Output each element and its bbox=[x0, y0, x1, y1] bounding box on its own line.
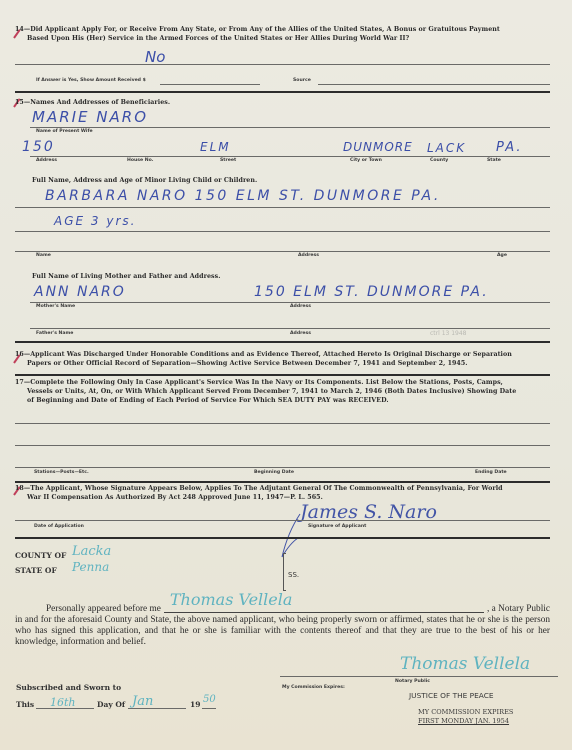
question-number: 14 bbox=[15, 26, 24, 33]
notary-public-label: Notary Public bbox=[395, 679, 430, 684]
question-14: 14—Did Applicant Apply For, or Receive F… bbox=[15, 25, 555, 43]
question-number: 16 bbox=[15, 351, 24, 358]
question-text: —Names And Addresses of Beneficiaries. bbox=[24, 99, 170, 106]
question-16: 16—Applicant Was Discharged Under Honora… bbox=[15, 350, 555, 368]
question-17: 17—Complete the Following Only In Case A… bbox=[15, 378, 555, 405]
county-of-field[interactable]: Lacka bbox=[72, 544, 111, 559]
question-text-line2: Vessels or Units, At, On, or With Which … bbox=[15, 387, 555, 396]
question-number: 18 bbox=[15, 485, 24, 492]
question-text: —The Applicant, Whose Signature Appears … bbox=[24, 485, 503, 492]
source-field[interactable] bbox=[318, 84, 550, 85]
signature-line bbox=[15, 520, 550, 521]
amount-label: If Answer is Yes, Show Amount Received $ bbox=[36, 78, 146, 83]
notary-signature-line bbox=[280, 676, 558, 677]
state-field[interactable]: PA. bbox=[496, 140, 522, 155]
state-label: State bbox=[487, 158, 501, 163]
children-line1-field[interactable]: BARBARA NARO 150 ELM ST. DUNMORE PA. bbox=[45, 188, 441, 204]
children-heading: Full Name, Address and Age of Minor Livi… bbox=[32, 176, 257, 185]
question-text: —Did Applicant Apply For, or Receive Fro… bbox=[24, 26, 500, 33]
ss-label: SS. bbox=[288, 571, 299, 579]
father-name-label: Father's Name bbox=[36, 331, 73, 336]
notary-paragraph: Personally appeared before me Thomas Vel… bbox=[15, 603, 550, 649]
subscribed-label: Subscribed and Sworn to bbox=[16, 683, 121, 692]
question-text-line3: of Beginning and Date of Ending of Each … bbox=[15, 396, 555, 405]
children-line3 bbox=[15, 251, 550, 252]
house-number-field[interactable]: 150 bbox=[22, 139, 55, 155]
section-divider bbox=[15, 537, 550, 539]
this-label: This bbox=[16, 700, 34, 709]
question-18: 18—The Applicant, Whose Signature Appear… bbox=[15, 484, 555, 502]
answer-line bbox=[15, 64, 550, 65]
commission-expires-label: My Commission Expires: bbox=[282, 685, 345, 690]
notary-name-value: Thomas Vellela bbox=[170, 594, 293, 605]
section-divider bbox=[15, 91, 550, 93]
children-line2-field[interactable]: AGE 3 yrs. bbox=[54, 214, 136, 228]
mother-name-field[interactable]: ANN NARO bbox=[34, 284, 126, 300]
section-divider bbox=[15, 374, 550, 376]
question-text-line2: War II Compensation As Authorized By Act… bbox=[15, 493, 555, 502]
wife-name-line bbox=[30, 127, 550, 128]
children-name-label: Name bbox=[36, 253, 51, 258]
county-label: County bbox=[430, 158, 448, 163]
stations-label: Stations—Posts—Etc. bbox=[34, 470, 89, 475]
street-field[interactable]: ELM bbox=[200, 140, 231, 154]
question-text-line2: Papers or Other Official Record of Separ… bbox=[15, 359, 555, 368]
day-field[interactable]: 16th bbox=[50, 696, 76, 709]
section-divider bbox=[15, 481, 550, 483]
address-label: Address bbox=[36, 158, 57, 163]
street-label: Street bbox=[220, 158, 236, 163]
justice-stamp-title: JUSTICE OF THE PEACE bbox=[409, 691, 494, 700]
stations-line-3[interactable] bbox=[15, 467, 550, 468]
children-age-label: Age bbox=[497, 253, 507, 258]
ending-date-label: Ending Date bbox=[475, 470, 507, 475]
mother-line bbox=[30, 302, 550, 303]
children-address-label: Address bbox=[298, 253, 319, 258]
state-of-field[interactable]: Penna bbox=[72, 560, 109, 574]
children-line1 bbox=[15, 207, 550, 208]
faint-stamp: ctrl 13 1948 bbox=[430, 330, 467, 337]
date-of-application-label: Date of Application bbox=[34, 524, 84, 529]
compensation-application-page: 14—Did Applicant Apply For, or Receive F… bbox=[0, 0, 572, 750]
mother-address-label: Address bbox=[290, 304, 311, 309]
city-label: City or Town bbox=[350, 158, 382, 163]
father-address-label: Address bbox=[290, 331, 311, 336]
mother-address-field[interactable]: 150 ELM ST. DUNMORE PA. bbox=[254, 284, 489, 300]
county-of-label: COUNTY OF bbox=[15, 551, 66, 560]
para-after-name: , a Notary Public bbox=[487, 604, 550, 615]
question-text-line2: Based Upon His (Her) Service in the Arme… bbox=[15, 34, 555, 43]
house-no-label: House No. bbox=[127, 158, 153, 163]
county-field[interactable]: LACK bbox=[427, 141, 466, 155]
para-start: Personally appeared before me bbox=[15, 604, 161, 615]
year-prefix: 19 bbox=[190, 700, 200, 709]
question-number: 17 bbox=[15, 379, 24, 386]
para-rest: in and for the aforesaid County and Stat… bbox=[15, 615, 550, 649]
question-15: 15—Names And Addresses of Beneficiaries. bbox=[15, 98, 170, 107]
month-field[interactable]: Jan bbox=[132, 694, 153, 709]
city-field[interactable]: DUNMORE bbox=[343, 140, 413, 154]
parents-heading: Full Name of Living Mother and Father an… bbox=[32, 272, 220, 281]
source-label: Source bbox=[293, 78, 311, 83]
mother-name-label: Mother's Name bbox=[36, 304, 75, 309]
year-field-line bbox=[202, 708, 216, 709]
bracket-icon bbox=[283, 553, 286, 591]
address-line bbox=[30, 156, 550, 157]
notary-signature[interactable]: Thomas Vellela bbox=[400, 654, 530, 674]
notary-name-field[interactable]: Thomas Vellela bbox=[164, 603, 484, 613]
question-text: —Complete the Following Only In Case App… bbox=[24, 379, 503, 386]
stations-line-2[interactable] bbox=[15, 445, 550, 446]
year-field[interactable]: 50 bbox=[203, 694, 216, 705]
wife-name-label: Name of Present Wife bbox=[36, 129, 93, 134]
father-line bbox=[30, 328, 550, 329]
commission-stamp-line2: FIRST MONDAY JAN. 1954 bbox=[418, 717, 509, 726]
signature-label: Signature of Applicant bbox=[308, 524, 366, 529]
amount-field[interactable] bbox=[160, 84, 260, 85]
state-of-label: STATE OF bbox=[15, 566, 57, 575]
question-text: —Applicant Was Discharged Under Honorabl… bbox=[24, 351, 512, 358]
day-of-label: Day Of bbox=[97, 700, 125, 709]
beginning-date-label: Beginning Date bbox=[254, 470, 294, 475]
children-line2 bbox=[15, 231, 550, 232]
wife-name-field[interactable]: MARIE NARO bbox=[32, 108, 148, 126]
question-number: 15 bbox=[15, 99, 24, 106]
stations-line-1[interactable] bbox=[15, 423, 550, 424]
section-divider bbox=[15, 341, 550, 343]
commission-stamp-line1: MY COMMISSION EXPIRES bbox=[418, 708, 513, 717]
